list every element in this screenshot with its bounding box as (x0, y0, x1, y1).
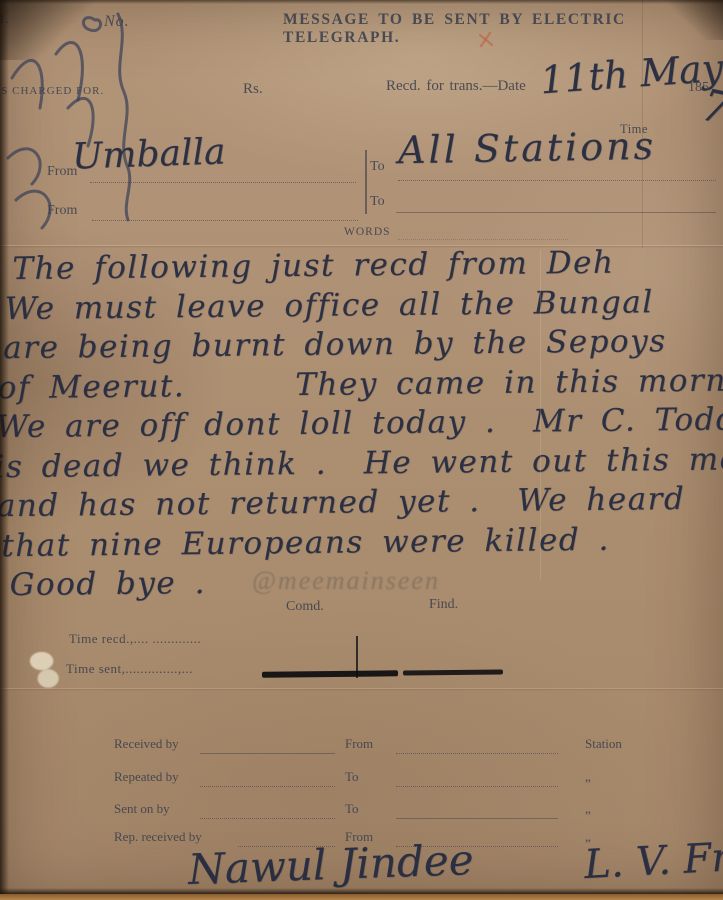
sent-on-by-label: Sent on by (114, 801, 170, 817)
blank-line (396, 817, 558, 819)
words-label: Words (344, 226, 391, 238)
from-field-line (90, 181, 356, 183)
form-title: MESSAGE TO BE SENT BY ELECTRIC TELEGRAPH… (283, 11, 723, 47)
watermark-credit: @meemainseen (252, 566, 440, 596)
paper-crease (540, 250, 541, 580)
handwritten-message: The following just recd from Deh We must… (2, 242, 723, 606)
blank-line (200, 752, 335, 754)
to-station-value: All Stations (398, 124, 657, 172)
rep-received-by-label: Rep. received by (114, 829, 202, 845)
from2-field-line (92, 219, 358, 221)
to2-field-line (396, 211, 716, 213)
rupees-label: Rs. (243, 81, 263, 98)
comd-label: Comd. (286, 599, 324, 615)
received-for-transmission-label: Recd. for trans.—Date (386, 78, 526, 95)
ink-strike-bar-right (403, 669, 503, 675)
paper-crease (0, 688, 723, 689)
to-label-second: To (370, 194, 385, 210)
find-label: Find. (429, 597, 458, 613)
frame-corner-shadow (663, 0, 723, 40)
ink-strike-bar-left (262, 670, 398, 677)
blank-line (396, 785, 558, 787)
paper-crease (642, 0, 643, 248)
station-label: Station (585, 736, 622, 752)
from-station-value: Umballa (71, 131, 226, 177)
from-label-second: From (47, 203, 77, 219)
to-label: To (345, 769, 359, 785)
paper-crease (0, 245, 723, 246)
signature-left: Nawul Jindee (187, 835, 474, 894)
frame-edge (0, 894, 723, 900)
to-label: To (370, 159, 385, 175)
words-field-line (398, 238, 568, 240)
time-sent-label: Time sent,..............,... (66, 661, 193, 677)
ditto-mark: „ (585, 801, 591, 817)
to-field-line (398, 179, 716, 181)
column-divider-line (365, 150, 367, 214)
routing-row-sent-on: Sent on by To „ (0, 801, 723, 825)
ditto-mark: „ (585, 769, 591, 785)
from-label: From (345, 736, 373, 752)
to-label: To (345, 801, 359, 817)
routing-row-repeated: Repeated by To „ (0, 769, 723, 793)
blank-line (200, 785, 335, 787)
blank-line (396, 752, 558, 754)
blank-line (200, 817, 335, 819)
frame-edge (0, 0, 9, 900)
telegraph-form-document: 1. No. MESSAGE TO BE SENT BY ELECTRIC TE… (0, 0, 723, 900)
received-by-label: Received by (114, 736, 179, 752)
routing-row-received: Received by From Station (0, 736, 723, 760)
repeated-by-label: Repeated by (114, 769, 179, 785)
red-cross-mark (476, 30, 496, 50)
time-received-label: Time recd.,.... ............. (69, 631, 201, 647)
frame-corner-shadow (0, 0, 120, 60)
frame-edge (0, 0, 723, 4)
